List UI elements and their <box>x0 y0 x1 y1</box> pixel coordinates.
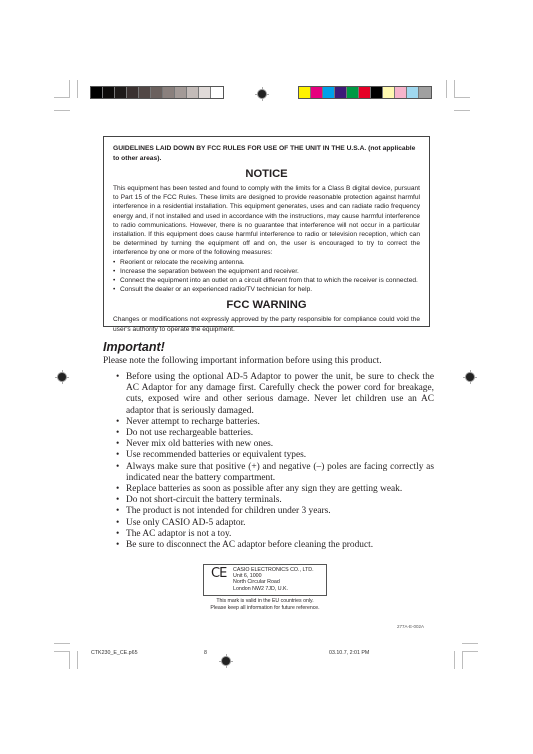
color-swatch <box>187 87 199 98</box>
list-item: The AC adaptor is not a toy. <box>116 529 434 540</box>
color-swatch <box>163 87 175 98</box>
fcc-heading: GUIDELINES LAID DOWN BY FCC RULES FOR US… <box>113 144 420 163</box>
footer-timestamp: 03.10.7, 2:01 PM <box>329 650 369 656</box>
color-swatch <box>419 87 431 98</box>
crop-mark <box>462 643 478 644</box>
crop-mark <box>446 80 447 98</box>
color-swatch <box>407 87 419 98</box>
important-list: Before using the optional AD-5 Adaptor t… <box>116 372 434 551</box>
crop-mark <box>77 651 78 669</box>
crop-mark <box>54 643 70 644</box>
registration-mark-icon <box>463 370 477 384</box>
crop-mark <box>69 651 70 669</box>
grayscale-calibration-bar <box>90 86 224 99</box>
color-swatch <box>359 87 371 98</box>
list-item: Reorient or relocate the receiving anten… <box>113 258 420 267</box>
color-swatch <box>199 87 211 98</box>
color-swatch <box>347 87 359 98</box>
crop-mark <box>454 97 470 98</box>
color-swatch <box>175 87 187 98</box>
list-item: Always make sure that positive (+) and n… <box>116 462 434 484</box>
notice-body: This equipment has been tested and found… <box>113 184 420 258</box>
color-swatch <box>299 87 311 98</box>
registration-mark-icon <box>219 654 233 668</box>
list-item: Never attempt to recharge batteries. <box>116 417 434 428</box>
color-swatch <box>395 87 407 98</box>
color-swatch <box>335 87 347 98</box>
color-swatch <box>115 87 127 98</box>
footer-filename: CTK230_E_CE.p65 <box>91 650 138 656</box>
ce-note: This mark is valid in the EU countries o… <box>170 598 360 611</box>
crop-mark <box>54 110 70 111</box>
list-item: Connect the equipment into an outlet on … <box>113 276 420 285</box>
list-item: Do not use rechargeable batteries. <box>116 428 434 439</box>
crop-mark <box>77 80 78 98</box>
registration-mark-icon <box>255 87 269 101</box>
list-item: Increase the separation between the equi… <box>113 267 420 276</box>
color-swatch <box>383 87 395 98</box>
list-item: Be sure to disconnect the AC adaptor bef… <box>116 540 434 551</box>
crop-mark <box>454 80 455 98</box>
color-swatch <box>151 87 163 98</box>
fcc-warning-body: Changes or modifications not expressly a… <box>113 315 420 333</box>
fcc-guidelines-box: GUIDELINES LAID DOWN BY FCC RULES FOR US… <box>103 136 430 327</box>
color-swatch <box>323 87 335 98</box>
important-intro: Please note the following important info… <box>103 356 382 366</box>
color-swatch <box>211 87 223 98</box>
ce-address: CASIO ELECTRONICS CO., LTD. Unit 6, 1000… <box>233 567 314 592</box>
crop-mark <box>54 651 70 652</box>
list-item: Before using the optional AD-5 Adaptor t… <box>116 372 434 417</box>
crop-mark <box>462 651 478 652</box>
document-code: 277A-E-002A <box>397 624 424 629</box>
fcc-warning-title: FCC WARNING <box>113 299 420 311</box>
crop-mark <box>54 97 70 98</box>
fcc-measures-list: Reorient or relocate the receiving anten… <box>113 258 420 295</box>
list-item: Use only CASIO AD-5 adaptor. <box>116 518 434 529</box>
list-item: Use recommended batteries or equivalent … <box>116 450 434 461</box>
list-item: Consult the dealer or an experienced rad… <box>113 285 420 294</box>
crop-mark <box>454 110 470 111</box>
list-item: Never mix old batteries with new ones. <box>116 439 434 450</box>
list-item: Do not short-circuit the battery termina… <box>116 495 434 506</box>
color-swatch <box>91 87 103 98</box>
ce-mark-icon: CE <box>211 571 226 577</box>
color-swatch <box>103 87 115 98</box>
color-swatch <box>127 87 139 98</box>
list-item: Replace batteries as soon as possible af… <box>116 484 434 495</box>
registration-mark-icon <box>55 370 69 384</box>
footer-page-number: 8 <box>204 650 207 656</box>
color-calibration-bar <box>298 86 432 99</box>
color-swatch <box>139 87 151 98</box>
list-item: The product is not intended for children… <box>116 506 434 517</box>
crop-mark <box>462 651 463 669</box>
color-swatch <box>311 87 323 98</box>
color-swatch <box>371 87 383 98</box>
crop-mark <box>69 80 70 98</box>
notice-title: NOTICE <box>113 168 420 180</box>
ce-info-box: CE CASIO ELECTRONICS CO., LTD. Unit 6, 1… <box>203 564 327 596</box>
crop-mark <box>454 651 455 669</box>
important-title: Important! <box>103 340 165 354</box>
